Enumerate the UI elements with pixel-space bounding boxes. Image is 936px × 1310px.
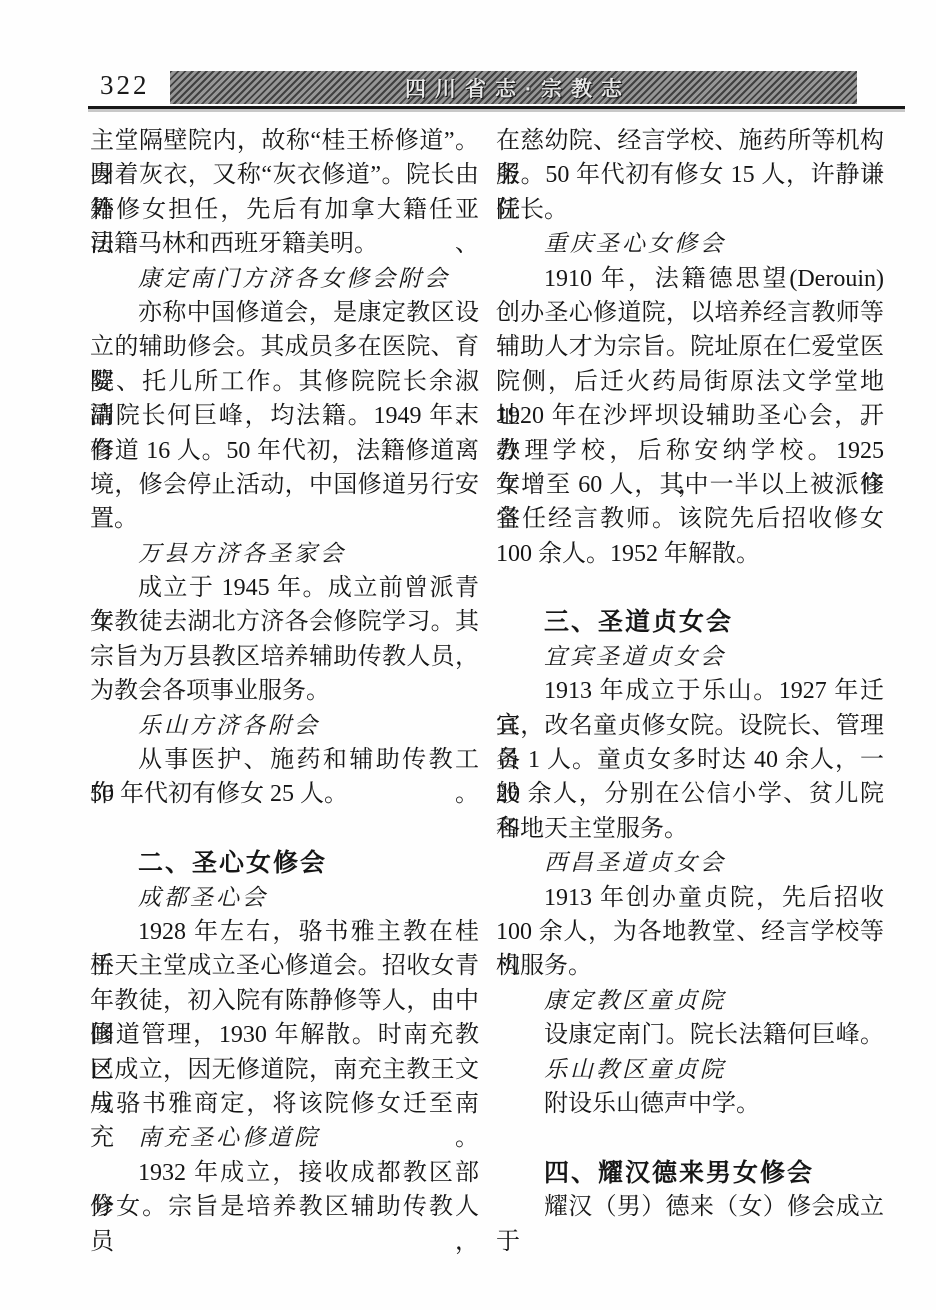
text-line: 附设乐山德声中学。 bbox=[496, 1087, 884, 1121]
text-line: 宗旨为万县教区培养辅助传教人员， bbox=[90, 640, 479, 674]
subsection-heading: 西昌圣道贞女会 bbox=[496, 846, 884, 880]
text-line: 1913 年创办童贞院，先后招收 bbox=[496, 881, 884, 915]
text-line: 耀汉（男）德来（女）修会成立于 bbox=[496, 1190, 884, 1224]
text-line: 法籍马林和西班牙籍美明。 bbox=[90, 227, 479, 261]
text-line: 院、托儿所工作。其修院院长余淑清、 bbox=[90, 365, 479, 399]
text-line: 修女。宗旨是培养教区辅助传教人员， bbox=[90, 1190, 479, 1224]
text-line: 100 余人。1952 年解散。 bbox=[496, 537, 884, 571]
text-line: 各地天主堂服务。 bbox=[496, 812, 884, 846]
text-line: 身着灰衣，又称“灰衣修道”。院长由外 bbox=[90, 158, 479, 192]
text-line: 与骆书雅商定，将该院修女迁至南充。 bbox=[90, 1087, 479, 1121]
blank-line bbox=[90, 812, 479, 846]
header-rule-divider bbox=[88, 106, 905, 109]
text-line: 置。 bbox=[90, 502, 479, 536]
text-line: 院长。 bbox=[496, 193, 884, 227]
subsection-heading: 宜宾圣道贞女会 bbox=[496, 640, 884, 674]
subsection-heading: 重庆圣心女修会 bbox=[496, 227, 884, 261]
text-line: 女增至 60 人，其中一半以上被派往各 bbox=[496, 468, 884, 502]
subsection-heading: 南充圣心修道院 bbox=[90, 1121, 479, 1155]
text-line: 辅助人才为宗旨。院址原在仁爱堂医 bbox=[496, 330, 884, 364]
text-line: 100 余人，为各地教堂、经言学校等机 bbox=[496, 915, 884, 949]
text-line: 成立于 1945 年。成立前曾派青年 bbox=[90, 571, 479, 605]
section-heading: 二、圣心女修会 bbox=[90, 846, 479, 880]
text-line: 修道管理，1930 年解散。时南充教区 bbox=[90, 1018, 479, 1052]
subsection-heading: 康定教区童贞院 bbox=[496, 984, 884, 1018]
text-line: 院侧，后迁火药局街原法文学堂地址。 bbox=[496, 365, 884, 399]
text-line: 创办圣心修道院，以培养经言教师等 bbox=[496, 296, 884, 330]
text-line: 女教徒去湖北方济各会修院学习。其 bbox=[90, 605, 479, 639]
text-line: 主堂隔壁院内，故称“桂王桥修道”。因 bbox=[90, 124, 479, 158]
right-text-column: 在慈幼院、经言学校、施药所等机构服务。50 年代初有修女 15 人，许静谦任院长… bbox=[496, 124, 884, 1225]
blank-line bbox=[496, 571, 884, 605]
blank-line bbox=[496, 1121, 884, 1155]
text-line: 50 年代初有修女 25 人。 bbox=[90, 777, 479, 811]
text-line: 已成立，因无修道院，南充主教王文成 bbox=[90, 1053, 479, 1087]
text-line: 从事医护、施药和辅助传教工作。 bbox=[90, 743, 479, 777]
text-line: 1910 年，法籍德思望(Derouin) bbox=[496, 262, 884, 296]
text-line: 构服务。 bbox=[496, 949, 884, 983]
text-line: 修道 16 人。50 年代初，法籍修道离 bbox=[90, 434, 479, 468]
text-line: 1913 年成立于乐山。1927 年迁宜 bbox=[496, 674, 884, 708]
text-line: 1928 年左右，骆书雅主教在桂王 bbox=[90, 915, 479, 949]
text-line: 1920 年在沙坪坝设辅助圣心会，开办 bbox=[496, 399, 884, 433]
text-line: 宾，改名童贞修女院。设院长、管理员 bbox=[496, 709, 884, 743]
text-line: 各 1 人。童贞女多时达 40 余人，一般 bbox=[496, 743, 884, 777]
header-title: 四川省志·宗教志 bbox=[396, 73, 631, 103]
subsection-heading: 乐山方济各附会 bbox=[90, 709, 479, 743]
text-line: 教理学校，后称安纳学校。1925 年，修 bbox=[496, 434, 884, 468]
text-line: 堂任经言教师。该院先后招收修女 bbox=[496, 502, 884, 536]
section-heading: 四、耀汉德来男女修会 bbox=[496, 1156, 884, 1190]
header-bar: 四川省志·宗教志 bbox=[170, 71, 857, 104]
text-line: 副院长何巨峰，均法籍。1949 年末有 bbox=[90, 399, 479, 433]
text-line: 为教会各项事业服务。 bbox=[90, 674, 479, 708]
page-number: 322 bbox=[100, 70, 150, 101]
text-line: 20 余人，分别在公信小学、贫儿院和 bbox=[496, 777, 884, 811]
text-line: 立的辅助修会。其成员多在医院、育婴 bbox=[90, 330, 479, 364]
subsection-heading: 成都圣心会 bbox=[90, 881, 479, 915]
subsection-heading: 康定南门方济各女修会附会 bbox=[90, 262, 479, 296]
text-line: 1932 年成立，接收成都教区部分 bbox=[90, 1156, 479, 1190]
text-line: 在慈幼院、经言学校、施药所等机构服 bbox=[496, 124, 884, 158]
subsection-heading: 乐山教区童贞院 bbox=[496, 1053, 884, 1087]
text-line: 境，修会停止活动，中国修道另行安 bbox=[90, 468, 479, 502]
text-line: 桥天主堂成立圣心修道会。招收女青 bbox=[90, 949, 479, 983]
section-heading: 三、圣道贞女会 bbox=[496, 605, 884, 639]
left-text-column: 主堂隔壁院内，故称“桂王桥修道”。因身着灰衣，又称“灰衣修道”。院长由外籍修女担… bbox=[90, 124, 479, 1225]
scanned-book-page: 322 四川省志·宗教志 主堂隔壁院内，故称“桂王桥修道”。因身着灰衣，又称“灰… bbox=[0, 0, 936, 1310]
text-line: 年教徒，初入院有陈静修等人，由中国 bbox=[90, 984, 479, 1018]
text-line: 设康定南门。院长法籍何巨峰。 bbox=[496, 1018, 884, 1052]
text-line: 籍修女担任，先后有加拿大籍任亚司、 bbox=[90, 193, 479, 227]
text-line: 务。50 年代初有修女 15 人，许静谦任 bbox=[496, 158, 884, 192]
subsection-heading: 万县方济各圣家会 bbox=[90, 537, 479, 571]
text-line: 亦称中国修道会，是康定教区设 bbox=[90, 296, 479, 330]
